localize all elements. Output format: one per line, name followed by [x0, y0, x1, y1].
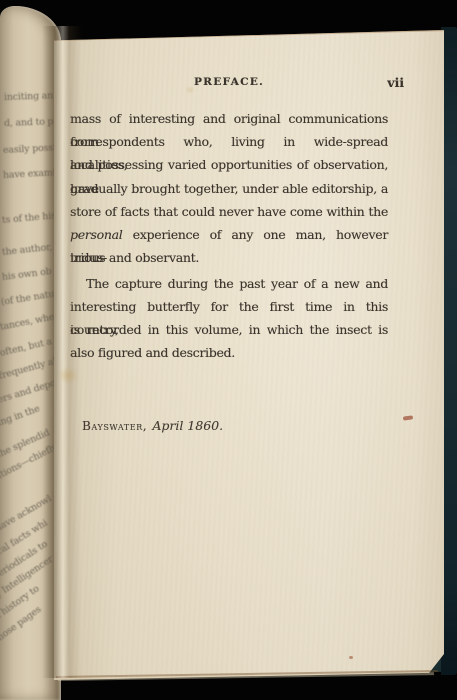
photo-of-open-book: { "colors": { "photo_background": "#0303…	[0, 0, 457, 700]
edge-text-fragment: easily possi	[3, 142, 56, 156]
text-line: gradually brought together, under able e…	[70, 177, 388, 200]
dateline-date: April 1860.	[152, 418, 223, 433]
edge-text-fragment: often, but a	[0, 336, 53, 359]
dateline-place: Bayswater,	[82, 419, 147, 433]
page-number: vii	[387, 75, 404, 90]
edge-text-fragment: ts of the hist	[2, 210, 60, 226]
text-line: and possessing varied opportunities of o…	[70, 153, 388, 176]
foxing-stain	[58, 367, 78, 384]
body-lines: mass of interesting and original communi…	[70, 107, 388, 365]
text-line: correspondents who, living in wide-sprea…	[70, 130, 388, 153]
facing-page-edge: inciting and, and to peasily possihave e…	[0, 6, 61, 700]
page-top-edge	[54, 29, 444, 40]
faint-stain	[185, 86, 195, 94]
page-header: PREFACE. vii	[70, 76, 388, 91]
text-line: also figured and described.	[70, 341, 388, 364]
edge-text-fragment: ers and depos	[0, 376, 61, 405]
ink-speck	[349, 656, 353, 659]
edge-text-fragment: have examin	[3, 167, 61, 181]
text-line: mass of interesting and original communi…	[70, 107, 388, 130]
edge-text-fragment: d, and to p	[4, 116, 54, 129]
book-page: PREFACE. vii mass of interesting and ori…	[54, 30, 444, 680]
text-line: is recorded in this volume, in which the…	[70, 318, 388, 341]
edge-text-fragment: tances, when i	[0, 309, 61, 333]
edge-text-fragment: the author, a	[1, 241, 60, 258]
running-title: PREFACE.	[70, 76, 388, 88]
text-line: interesting butterfly for the first time…	[70, 295, 388, 318]
edge-text-fragment: inciting an	[4, 90, 54, 103]
edge-text-fragment: his own ob	[1, 266, 52, 283]
edge-text-fragment: ing in the	[0, 403, 41, 428]
text-line: personal experience of any one man, howe…	[70, 223, 388, 246]
text-line: The capture during the past year of a ne…	[70, 272, 388, 295]
edge-text-fragment: (of the natu	[0, 289, 55, 308]
dateline: Bayswater, April 1860.	[82, 415, 223, 434]
text-line: store of facts that could never have com…	[70, 200, 388, 223]
text-line: trious and observant.	[70, 246, 388, 269]
